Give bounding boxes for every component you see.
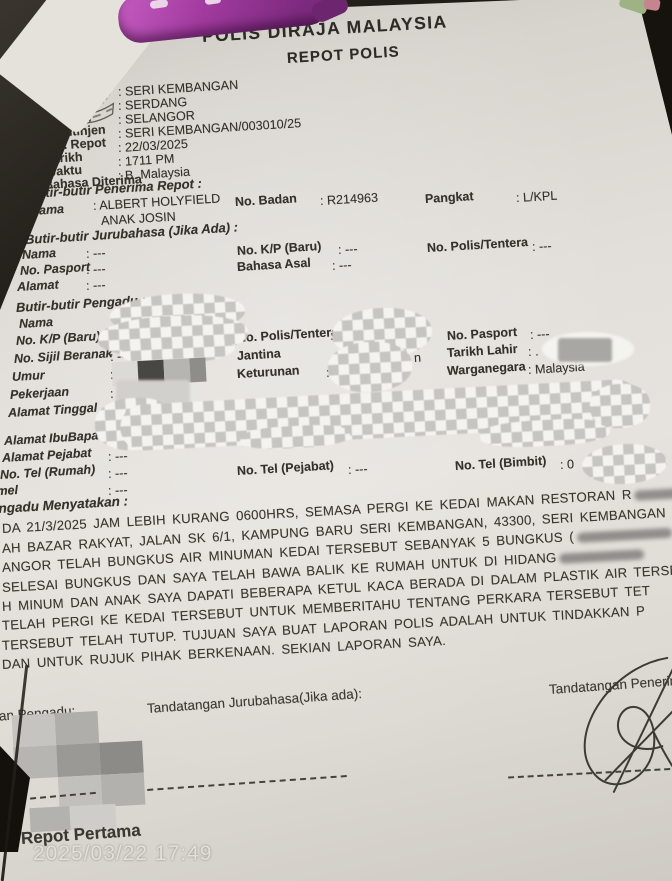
field-value: : <box>110 387 114 401</box>
handwritten-signature-icon <box>549 655 672 817</box>
field-value: : . <box>528 344 539 359</box>
field-value: : --- <box>86 262 106 277</box>
field-value: : --- <box>86 246 106 261</box>
field-value: : --- <box>348 462 368 477</box>
redaction-smudge <box>634 487 672 500</box>
police-report-photo: 3/22/25, 5:14 PM POLIS DIRAJA MALAYSIA R… <box>0 0 672 881</box>
field-label: Pangkat <box>425 189 474 206</box>
redaction-box-tarikh-lahir <box>558 338 612 362</box>
field-label: Alamat <box>17 278 59 294</box>
field-value: : --- <box>108 449 128 464</box>
field-label: Umur <box>12 368 45 384</box>
field-value: : 0 <box>560 457 575 472</box>
field-value: : L/KPL <box>516 189 558 205</box>
camera-timestamp: 2025/03/22 17:49 <box>33 842 213 866</box>
field-label: Nama <box>19 315 54 331</box>
field-value: : --- <box>108 466 128 481</box>
redaction-mosaic-signature <box>12 709 146 812</box>
field-value: n <box>414 351 422 365</box>
field-value: : --- <box>332 258 352 273</box>
field-value: : --- <box>532 239 552 254</box>
field-label: Nama <box>22 246 57 262</box>
field-value: : --- <box>338 242 358 257</box>
field-label: E-mel <box>0 483 18 499</box>
field-value: : --- <box>86 278 106 293</box>
field-label: Jantina <box>237 346 282 363</box>
